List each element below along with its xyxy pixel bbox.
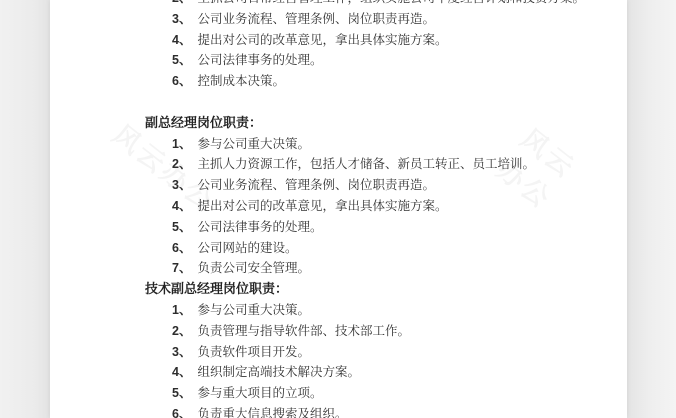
list-item-text: 负责管理与指导软件部、技术部工作。 bbox=[197, 324, 410, 338]
list-item-text: 参与公司重大决策。 bbox=[197, 137, 310, 151]
list-item: 4、组织制定高端技术解决方案。 bbox=[50, 362, 627, 383]
list-item-text: 公司业务流程、管理条例、岗位职责再造。 bbox=[197, 178, 435, 192]
list-item-text: 负责公司安全管理。 bbox=[197, 261, 310, 275]
list-item-number: 2、 bbox=[172, 324, 191, 338]
list-item: 6、控制成本决策。 bbox=[50, 71, 627, 92]
list-item-number: 1、 bbox=[172, 137, 191, 151]
list-item-number: 4、 bbox=[172, 33, 191, 47]
canvas-margin-left bbox=[0, 0, 50, 418]
list-item: 5、公司法律事务的处理。 bbox=[50, 217, 627, 238]
list-item-number: 5、 bbox=[172, 53, 191, 67]
list-item: 4、提出对公司的改革意见，拿出具体实施方案。 bbox=[50, 30, 627, 51]
document-content: 2、主抓公司日常经营管理工作，组织实施公司年度经营计划和投资方案。 3、公司业务… bbox=[50, 0, 627, 418]
list-item: 6、公司网站的建设。 bbox=[50, 238, 627, 259]
list-item-text: 主抓人力资源工作，包括人才储备、新员工转正、员工培训。 bbox=[197, 157, 535, 171]
list-item-number: 4、 bbox=[172, 199, 191, 213]
list-item: 5、公司法律事务的处理。 bbox=[50, 50, 627, 71]
list-item-text: 组织制定高端技术解决方案。 bbox=[197, 365, 360, 379]
canvas-margin-right bbox=[627, 0, 676, 418]
list-item-number: 3、 bbox=[172, 178, 191, 192]
list-item-number: 7、 bbox=[172, 261, 191, 275]
section-heading: 副总经理岗位职责： bbox=[50, 113, 627, 134]
section-heading: 技术副总经理岗位职责： bbox=[50, 279, 627, 300]
list-item-text: 公司网站的建设。 bbox=[197, 241, 297, 255]
list-item-clipped: 2、主抓公司日常经营管理工作，组织实施公司年度经营计划和投资方案。 bbox=[50, 0, 627, 9]
list-item-number: 4、 bbox=[172, 365, 191, 379]
list-item: 3、公司业务流程、管理条例、岗位职责再造。 bbox=[50, 175, 627, 196]
list-item-text: 参与重大项目的立项。 bbox=[197, 386, 322, 400]
list-item-text: 负责重大信息搜索及组织。 bbox=[197, 407, 347, 418]
list-item: 3、负责软件项目开发。 bbox=[50, 342, 627, 363]
list-item-number: 6、 bbox=[172, 241, 191, 255]
document-viewer: { "colors": { "canvas_bg": "#ededed", "p… bbox=[0, 0, 676, 418]
list-item-text: 提出对公司的改革意见，拿出具体实施方案。 bbox=[197, 199, 447, 213]
document-page: 风云办公 风云办公 2、主抓公司日常经营管理工作，组织实施公司年度经营计划和投资… bbox=[50, 0, 627, 418]
list-item: 1、参与公司重大决策。 bbox=[50, 134, 627, 155]
list-item-number: 5、 bbox=[172, 386, 191, 400]
list-item-text: 控制成本决策。 bbox=[197, 74, 285, 88]
blank-line bbox=[50, 92, 627, 113]
list-item: 3、公司业务流程、管理条例、岗位职责再造。 bbox=[50, 9, 627, 30]
list-item-text: 主抓公司日常经营管理工作，组织实施公司年度经营计划和投资方案。 bbox=[197, 0, 585, 5]
list-item-number: 6、 bbox=[172, 407, 191, 418]
list-item: 4、提出对公司的改革意见，拿出具体实施方案。 bbox=[50, 196, 627, 217]
list-item: 5、参与重大项目的立项。 bbox=[50, 383, 627, 404]
list-item-number: 6、 bbox=[172, 74, 191, 88]
list-item: 2、主抓人力资源工作，包括人才储备、新员工转正、员工培训。 bbox=[50, 154, 627, 175]
list-item: 2、负责管理与指导软件部、技术部工作。 bbox=[50, 321, 627, 342]
list-item-text: 提出对公司的改革意见，拿出具体实施方案。 bbox=[197, 33, 447, 47]
list-item-number: 2、 bbox=[172, 0, 191, 5]
list-item-clipped: 6、负责重大信息搜索及组织。 bbox=[50, 404, 627, 418]
list-item-number: 3、 bbox=[172, 12, 191, 26]
list-item-text: 负责软件项目开发。 bbox=[197, 345, 310, 359]
list-item-number: 2、 bbox=[172, 157, 191, 171]
list-item-number: 3、 bbox=[172, 345, 191, 359]
list-item-text: 公司业务流程、管理条例、岗位职责再造。 bbox=[197, 12, 435, 26]
list-item-text: 公司法律事务的处理。 bbox=[197, 53, 322, 67]
list-item-text: 公司法律事务的处理。 bbox=[197, 220, 322, 234]
list-item: 7、负责公司安全管理。 bbox=[50, 258, 627, 279]
list-item-number: 5、 bbox=[172, 220, 191, 234]
list-item-text: 参与公司重大决策。 bbox=[197, 303, 310, 317]
list-item-number: 1、 bbox=[172, 303, 191, 317]
list-item: 1、参与公司重大决策。 bbox=[50, 300, 627, 321]
